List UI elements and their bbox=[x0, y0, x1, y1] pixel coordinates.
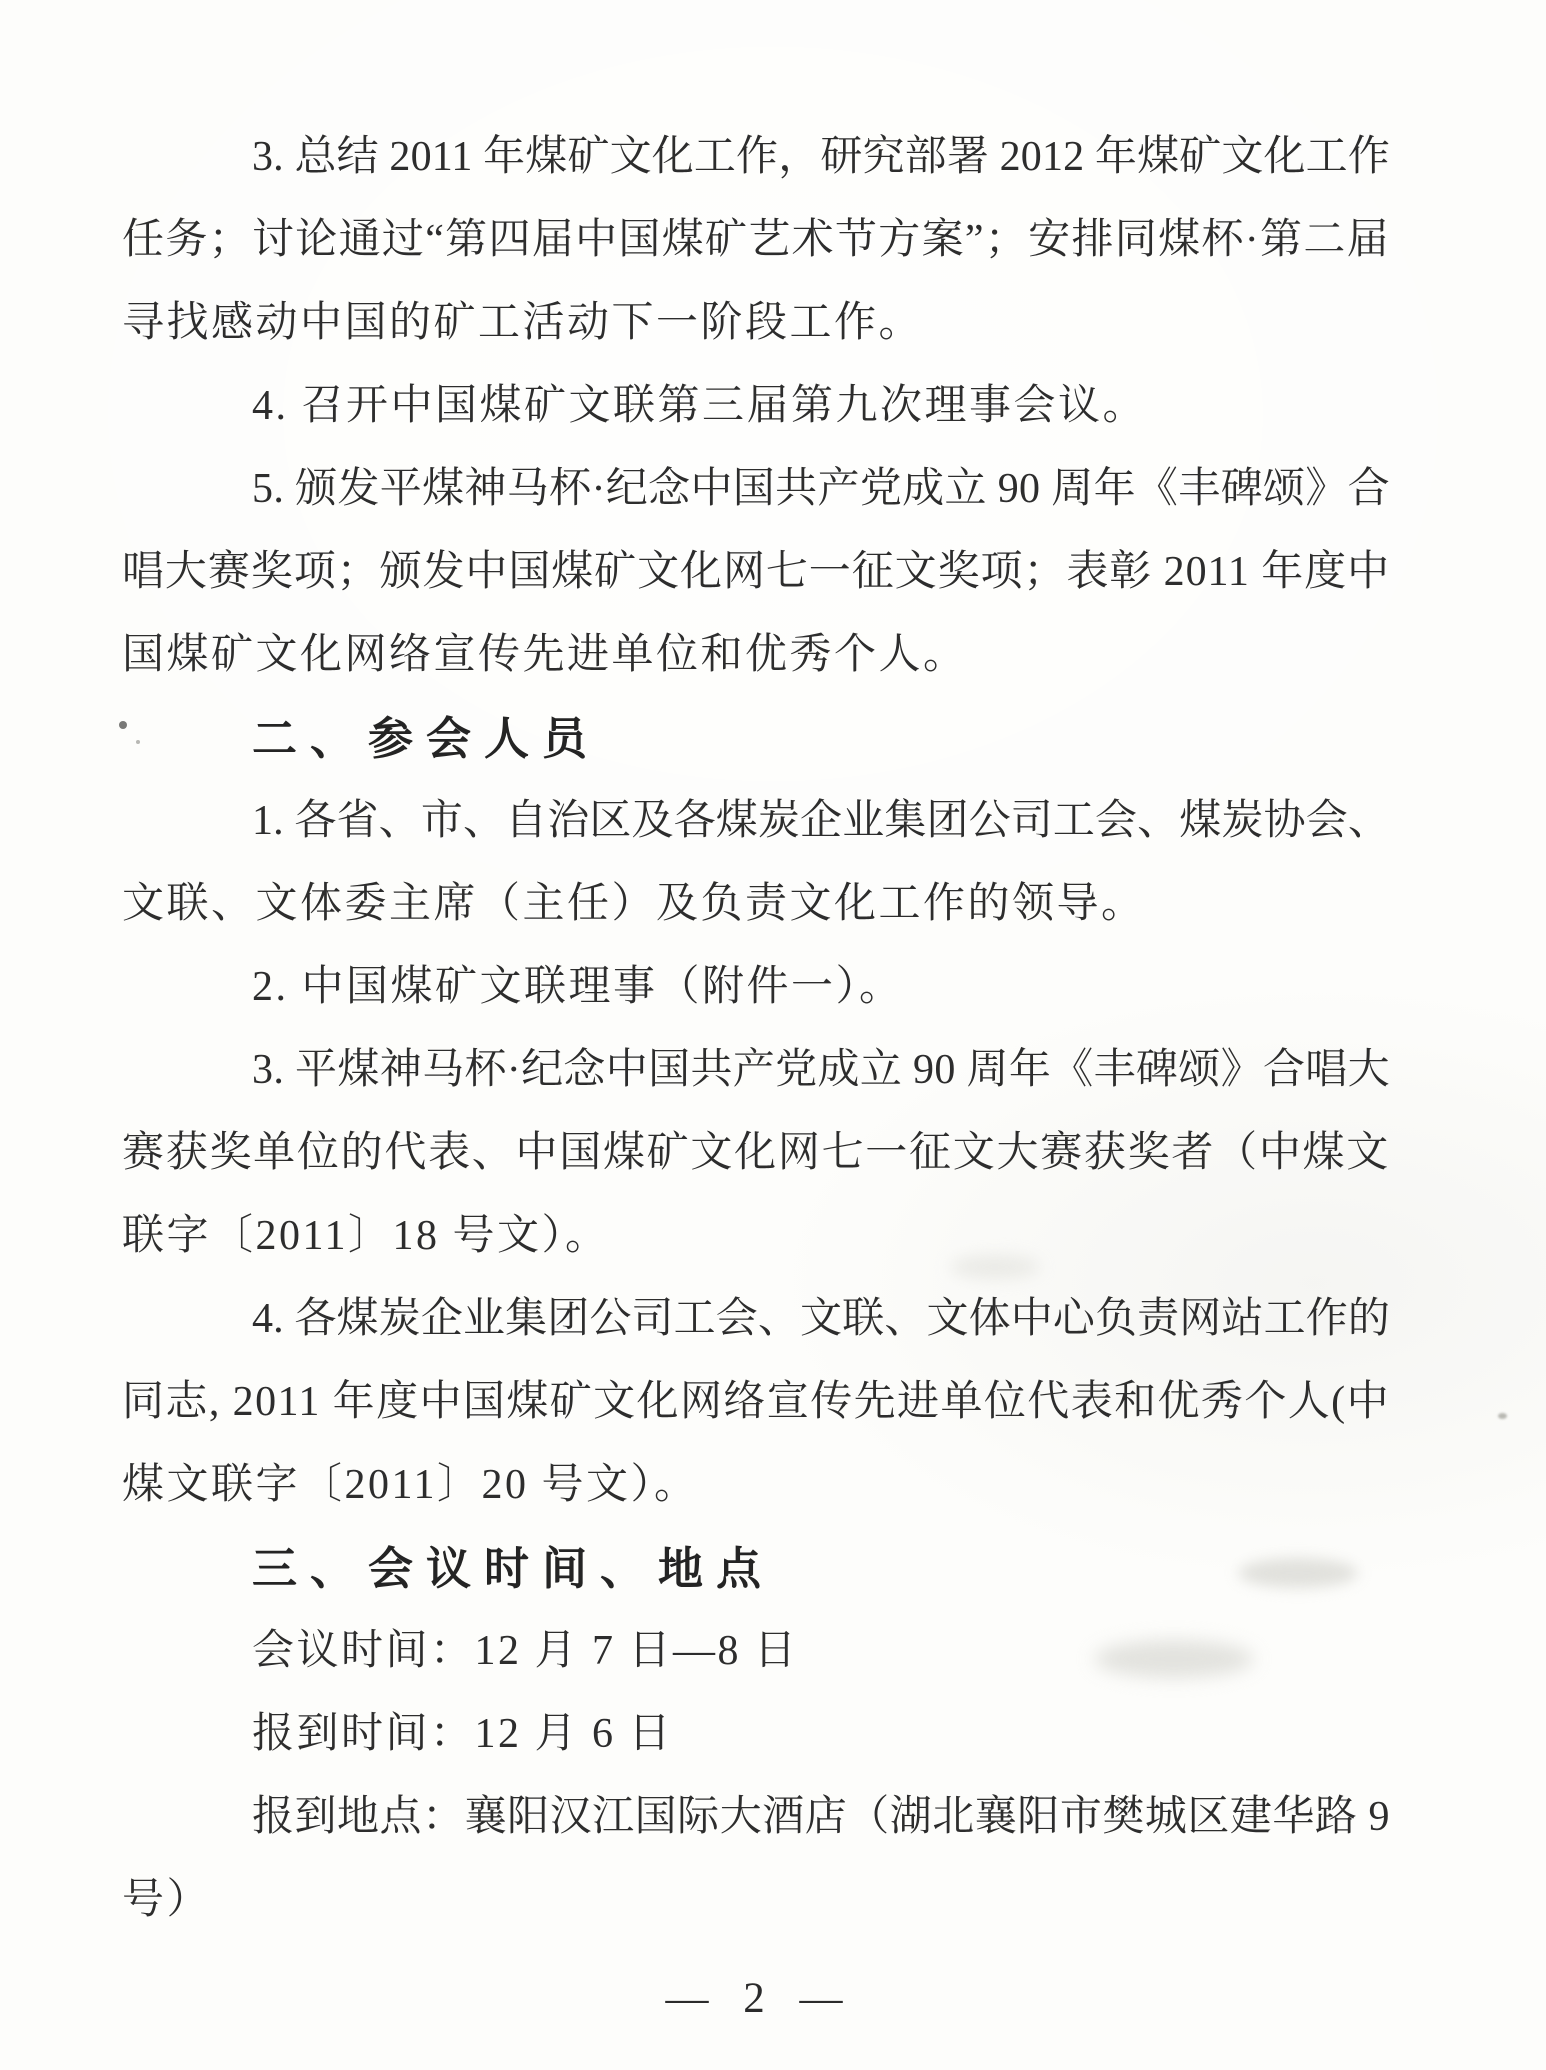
text-line: 3. 平煤神马杯·纪念中国共产党成立 90 周年《丰碑颂》合唱大 bbox=[122, 1029, 1390, 1112]
text-line: 5. 颁发平煤神马杯·纪念中国共产党成立 90 周年《丰碑颂》合 bbox=[122, 448, 1390, 531]
scan-speck bbox=[1498, 1413, 1507, 1419]
text-line-content: 赛获奖单位的代表、中国煤矿文化网七一征文大赛获奖者（中煤文 bbox=[122, 1112, 1390, 1195]
scan-speck bbox=[136, 740, 140, 744]
section-heading: 二、参会人员 bbox=[122, 697, 1390, 780]
text-line-content: 联字〔2011〕18 号文）。 bbox=[122, 1195, 609, 1278]
text-line-content: 寻找感动中国的矿工活动下一阶段工作。 bbox=[122, 282, 923, 365]
text-line: 任务；讨论通过“第四届中国煤矿艺术节方案”；安排同煤杯·第二届 bbox=[122, 199, 1390, 282]
text-line: 报到地点：襄阳汉江国际大酒店（湖北襄阳市樊城区建华路 9 bbox=[122, 1776, 1390, 1859]
text-line: 4. 各煤炭企业集团公司工会、文联、文体中心负责网站工作的 bbox=[122, 1278, 1390, 1361]
text-line: 煤文联字〔2011〕20 号文）。 bbox=[122, 1444, 1390, 1527]
text-line: 4. 召开中国煤矿文联第三届第九次理事会议。 bbox=[122, 365, 1390, 448]
text-line: 2. 中国煤矿文联理事（附件一）。 bbox=[122, 946, 1390, 1029]
text-line-content: 唱大赛奖项；颁发中国煤矿文化网七一征文奖项；表彰 2011 年度中 bbox=[122, 531, 1390, 614]
page-number-label: — 2 — bbox=[666, 1975, 847, 2022]
text-line-content: 三、会议时间、地点 bbox=[252, 1527, 774, 1610]
text-line-content: 3. 总结 2011 年煤矿文化工作，研究部署 2012 年煤矿文化工作 bbox=[252, 116, 1390, 199]
text-line: 3. 总结 2011 年煤矿文化工作，研究部署 2012 年煤矿文化工作 bbox=[122, 116, 1390, 199]
text-line-content: 国煤矿文化网络宣传先进单位和优秀个人。 bbox=[122, 614, 968, 697]
scan-smudge bbox=[950, 1255, 1040, 1279]
page-number: — 2 — bbox=[122, 1964, 1390, 2034]
text-line-content: 4. 召开中国煤矿文联第三届第九次理事会议。 bbox=[252, 365, 1147, 448]
text-line: 报到时间：12 月 6 日 bbox=[122, 1693, 1390, 1776]
text-line: 唱大赛奖项；颁发中国煤矿文化网七一征文奖项；表彰 2011 年度中 bbox=[122, 531, 1390, 614]
text-line: 文联、文体委主席（主任）及负责文化工作的领导。 bbox=[122, 863, 1390, 946]
text-line-content: 同志, 2011 年度中国煤矿文化网络宣传先进单位代表和优秀个人(中 bbox=[122, 1361, 1390, 1444]
text-line: 联字〔2011〕18 号文）。 bbox=[122, 1195, 1390, 1278]
text-line-content: 4. 各煤炭企业集团公司工会、文联、文体中心负责网站工作的 bbox=[252, 1278, 1390, 1361]
text-line-content: 报到地点：襄阳汉江国际大酒店（湖北襄阳市樊城区建华路 9 bbox=[252, 1776, 1390, 1859]
text-line-content: 2. 中国煤矿文联理事（附件一）。 bbox=[252, 946, 904, 1029]
text-line-content: 会议时间：12 月 7 日—8 日 bbox=[252, 1610, 799, 1693]
text-line-content: 任务；讨论通过“第四届中国煤矿艺术节方案”；安排同煤杯·第二届 bbox=[122, 199, 1390, 282]
scan-smudge bbox=[1238, 1558, 1358, 1588]
text-line: 号） bbox=[122, 1859, 1390, 1942]
section-heading: 三、会议时间、地点 bbox=[122, 1527, 1390, 1610]
text-line-content: 报到时间：12 月 6 日 bbox=[252, 1693, 673, 1776]
text-line: 1. 各省、市、自治区及各煤炭企业集团公司工会、煤炭协会、 bbox=[122, 780, 1390, 863]
scan-smudge bbox=[1094, 1640, 1254, 1678]
text-line-content: 5. 颁发平煤神马杯·纪念中国共产党成立 90 周年《丰碑颂》合 bbox=[252, 448, 1390, 531]
text-line-content: 1. 各省、市、自治区及各煤炭企业集团公司工会、煤炭协会、 bbox=[252, 780, 1390, 863]
text-line-content: 二、参会人员 bbox=[252, 697, 600, 780]
text-line: 国煤矿文化网络宣传先进单位和优秀个人。 bbox=[122, 614, 1390, 697]
text-line-content: 煤文联字〔2011〕20 号文）。 bbox=[122, 1444, 698, 1527]
text-line: 同志, 2011 年度中国煤矿文化网络宣传先进单位代表和优秀个人(中 bbox=[122, 1361, 1390, 1444]
text-line-content: 号） bbox=[122, 1859, 211, 1942]
text-line: 赛获奖单位的代表、中国煤矿文化网七一征文大赛获奖者（中煤文 bbox=[122, 1112, 1390, 1195]
text-line-content: 文联、文体委主席（主任）及负责文化工作的领导。 bbox=[122, 863, 1146, 946]
scan-speck bbox=[119, 721, 127, 729]
text-line: 寻找感动中国的矿工活动下一阶段工作。 bbox=[122, 282, 1390, 365]
text-line-content: 3. 平煤神马杯·纪念中国共产党成立 90 周年《丰碑颂》合唱大 bbox=[252, 1029, 1390, 1112]
